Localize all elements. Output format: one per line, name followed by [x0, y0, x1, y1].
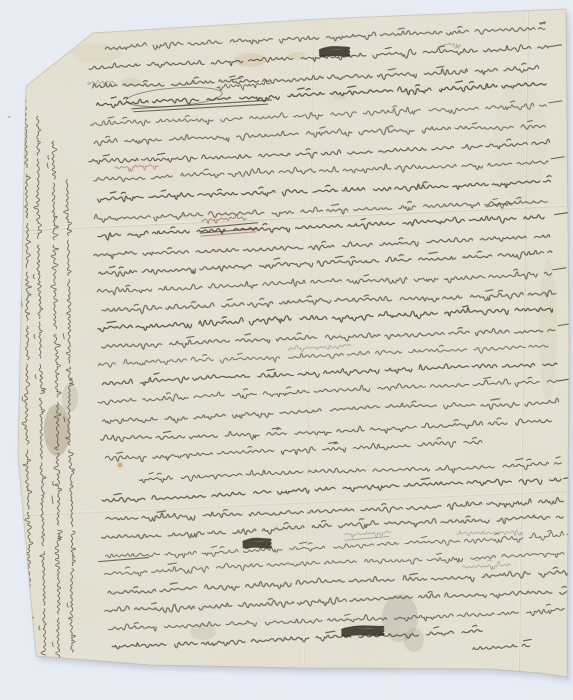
- ink-blot: [343, 626, 383, 636]
- stain: [118, 463, 123, 468]
- stain: [333, 94, 347, 100]
- stain: [404, 628, 424, 652]
- manuscript-page: 7: [0, 0, 573, 700]
- ink-blot: [320, 47, 348, 56]
- scanner-speck: [8, 116, 11, 118]
- stain: [71, 43, 123, 63]
- stain: [140, 220, 220, 380]
- stain: [62, 384, 78, 412]
- stain: [288, 52, 306, 60]
- manuscript-scan: 7: [0, 0, 573, 700]
- ink-blot: [244, 539, 270, 548]
